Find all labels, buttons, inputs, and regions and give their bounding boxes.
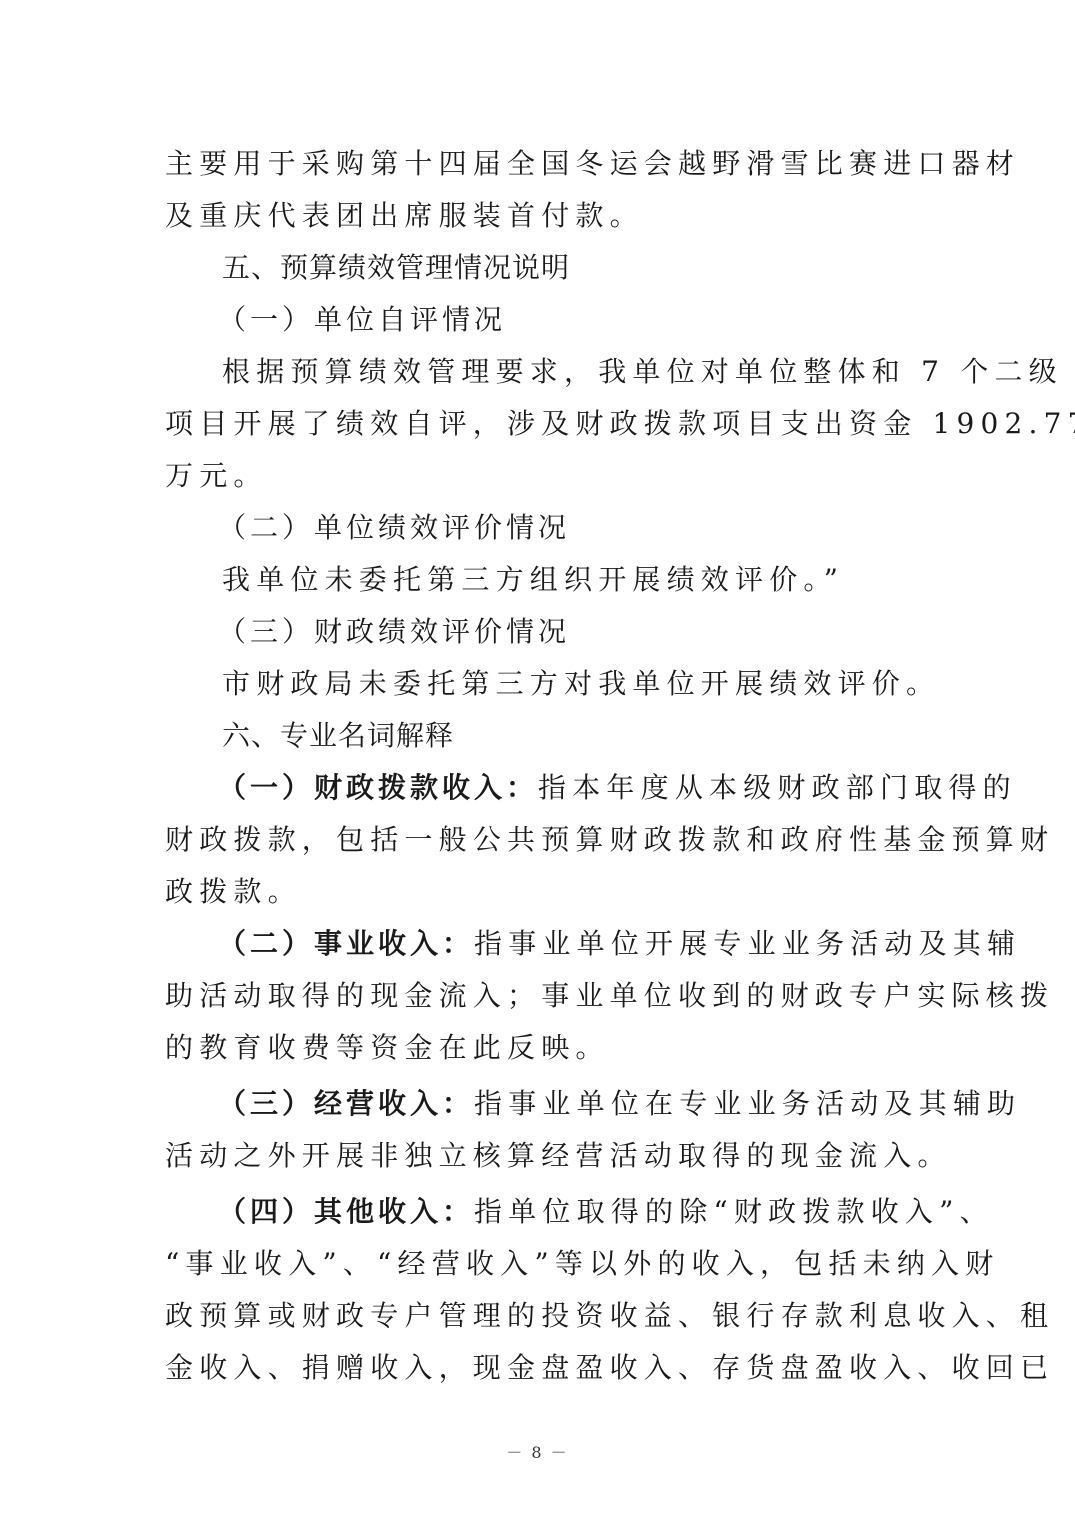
paragraph-line: 活动之外开展非独立核算经营活动取得的现金流入。: [165, 1130, 952, 1182]
section-heading-5: 五、预算绩效管理情况说明: [222, 242, 570, 294]
term-definition: （一）财政拨款收入：指本年度从本级财政部门取得的: [218, 762, 1017, 814]
page-number: － 8 －: [0, 1440, 1075, 1463]
term-definition: （四）其他收入：指单位取得的除“财政拨款收入”、: [218, 1186, 994, 1238]
term-label: （一）财政拨款收入：: [218, 771, 538, 804]
term-label: （三）经营收入：: [218, 1087, 474, 1120]
paragraph-line: 万元。: [165, 450, 268, 502]
paragraph-line: 助活动取得的现金流入；事业单位收到的财政专户实际核拨: [165, 970, 1054, 1022]
paragraph-line: 根据预算绩效管理要求，我单位对单位整体和 7 个二级: [222, 346, 1063, 398]
term-definition: （二）事业收入：指事业单位开展专业业务活动及其辅: [218, 918, 1021, 970]
paragraph-line: 金收入、捐赠收入，现金盘盈收入、存货盘盈收入、收回已: [165, 1342, 1054, 1394]
term-text: 指本年度从本级财政部门取得的: [538, 771, 1017, 804]
term-label: （四）其他收入：: [218, 1195, 474, 1228]
paragraph-line: 政拨款。: [165, 866, 302, 918]
subsection-heading-3: （三）财政绩效评价情况: [218, 606, 570, 658]
subsection-heading-2: （二）单位绩效评价情况: [218, 502, 570, 554]
paragraph-line: 的教育收费等资金在此反映。: [165, 1022, 610, 1074]
paragraph-line: 市财政局未委托第三方对我单位开展绩效评价。: [222, 658, 940, 710]
paragraph-line: 财政拨款，包括一般公共预算财政拨款和政府性基金预算财: [165, 814, 1054, 866]
paragraph-line: 及重庆代表团出席服装首付款。: [165, 190, 644, 242]
paragraph-line: 项目开展了绩效自评，涉及财政拨款项目支出资金 1902.77: [165, 398, 1075, 450]
term-text: 指事业单位开展专业业务活动及其辅: [474, 927, 1021, 960]
paragraph-line: 政预算或财政专户管理的投资收益、银行存款利息收入、租: [165, 1290, 1054, 1342]
term-text: 指事业单位在专业业务活动及其辅助: [474, 1087, 1021, 1120]
term-label: （二）事业收入：: [218, 927, 474, 960]
paragraph-line: 主要用于采购第十四届全国冬运会越野滑雪比赛进口器材: [165, 138, 1020, 190]
paragraph-line: “事业收入”、“经营收入”等以外的收入，包括未纳入财: [165, 1238, 999, 1290]
term-text: 指单位取得的除“财政拨款收入”、: [474, 1195, 994, 1228]
term-definition: （三）经营收入：指事业单位在专业业务活动及其辅助: [218, 1078, 1021, 1130]
paragraph-line: 我单位未委托第三方组织开展绩效评价。”: [222, 554, 844, 606]
section-heading-6: 六、专业名词解释: [222, 710, 454, 762]
subsection-heading-1: （一）单位自评情况: [218, 294, 506, 346]
